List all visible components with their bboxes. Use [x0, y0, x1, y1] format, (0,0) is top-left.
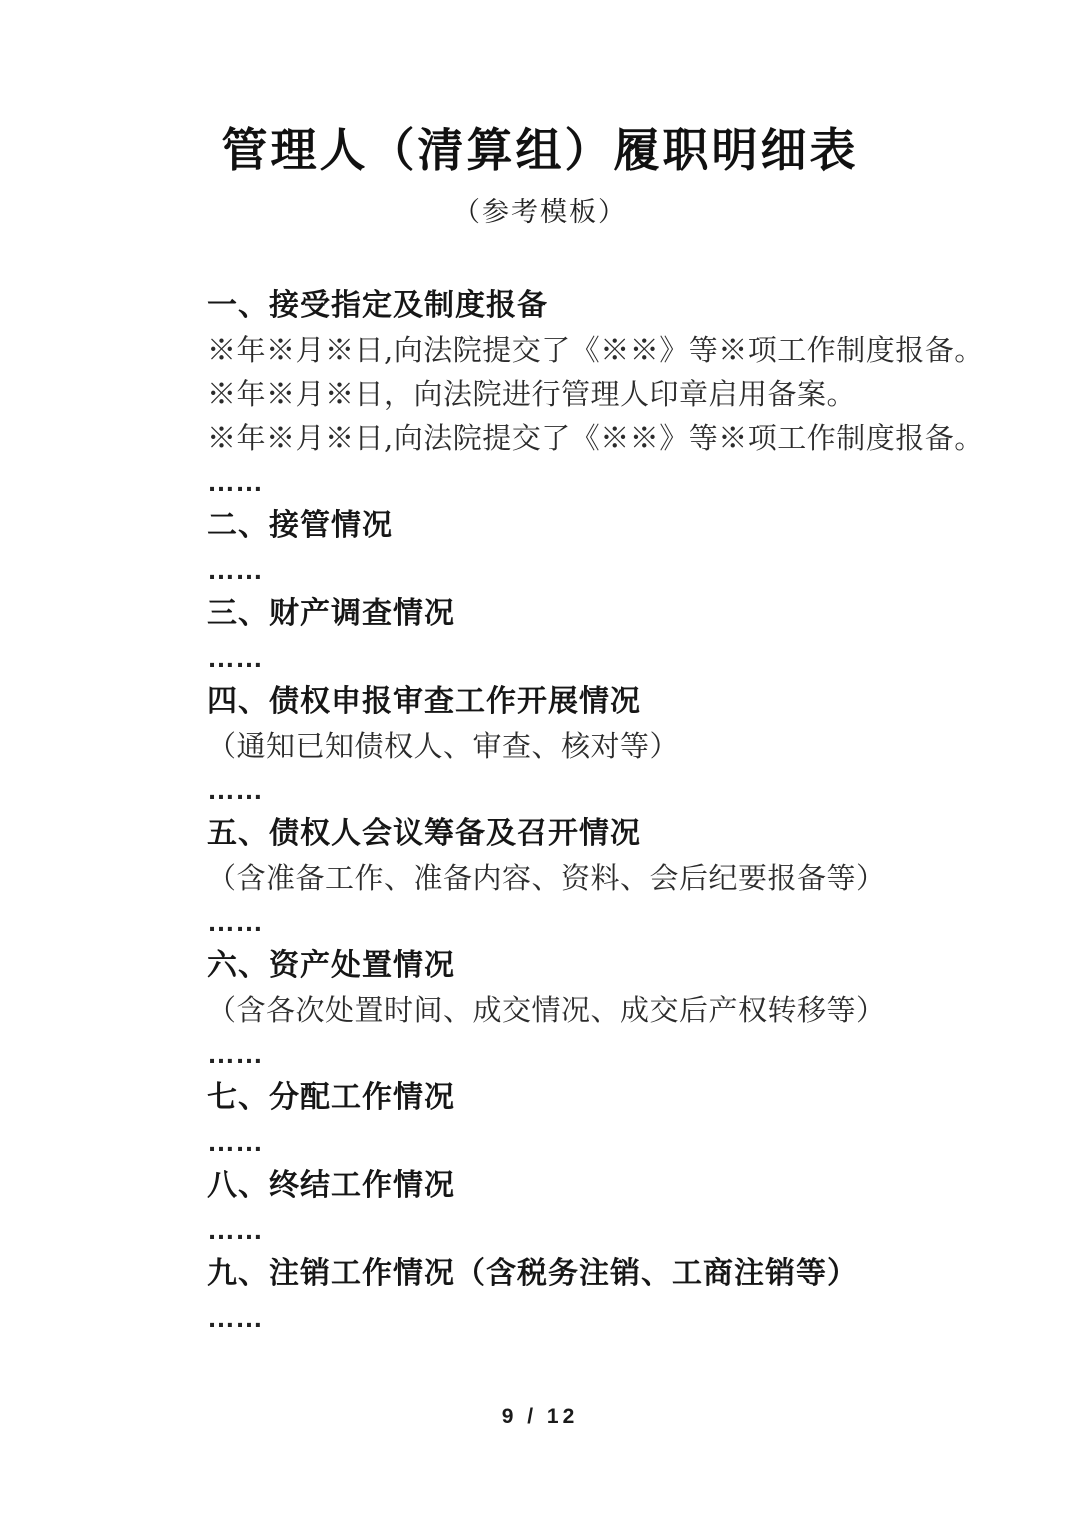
- ellipsis-line: ……: [207, 1120, 930, 1164]
- page-number: 9 / 12: [0, 1405, 1080, 1429]
- section-heading-9: 九、注销工作情况（含税务注销、工商注销等）: [207, 1252, 930, 1296]
- document-body: 一、接受指定及制度报备 ※年※月※日,向法院提交了《※※》等※项工作制度报备。 …: [207, 284, 930, 1340]
- document-title: 管理人（清算组）履职明细表: [0, 120, 1080, 180]
- template-line: ※年※月※日,向法院提交了《※※》等※项工作制度报备。: [207, 328, 930, 372]
- ellipsis-line: ……: [207, 460, 930, 504]
- ellipsis-line: ……: [207, 548, 930, 592]
- note-line: （通知已知债权人、审查、核对等）: [207, 724, 930, 768]
- template-line: ※年※月※日,向法院提交了《※※》等※项工作制度报备。: [207, 416, 930, 460]
- document-subtitle: （参考模板）: [0, 194, 1080, 232]
- ellipsis-line: ……: [207, 1296, 930, 1340]
- template-line: ※年※月※日，向法院进行管理人印章启用备案。: [207, 372, 930, 416]
- ellipsis-line: ……: [207, 1208, 930, 1252]
- section-heading-4: 四、债权申报审查工作开展情况: [207, 680, 930, 724]
- document-page: 管理人（清算组）履职明细表 （参考模板） 一、接受指定及制度报备 ※年※月※日,…: [0, 0, 1080, 1527]
- section-heading-8: 八、终结工作情况: [207, 1164, 930, 1208]
- section-heading-5: 五、债权人会议筹备及召开情况: [207, 812, 930, 856]
- ellipsis-line: ……: [207, 768, 930, 812]
- ellipsis-line: ……: [207, 900, 930, 944]
- section-heading-3: 三、财产调查情况: [207, 592, 930, 636]
- section-heading-6: 六、资产处置情况: [207, 944, 930, 988]
- section-heading-7: 七、分配工作情况: [207, 1076, 930, 1120]
- note-line: （含各次处置时间、成交情况、成交后产权转移等）: [207, 988, 930, 1032]
- ellipsis-line: ……: [207, 636, 930, 680]
- section-heading-1: 一、接受指定及制度报备: [207, 284, 930, 328]
- note-line: （含准备工作、准备内容、资料、会后纪要报备等）: [207, 856, 930, 900]
- ellipsis-line: ……: [207, 1032, 930, 1076]
- section-heading-2: 二、接管情况: [207, 504, 930, 548]
